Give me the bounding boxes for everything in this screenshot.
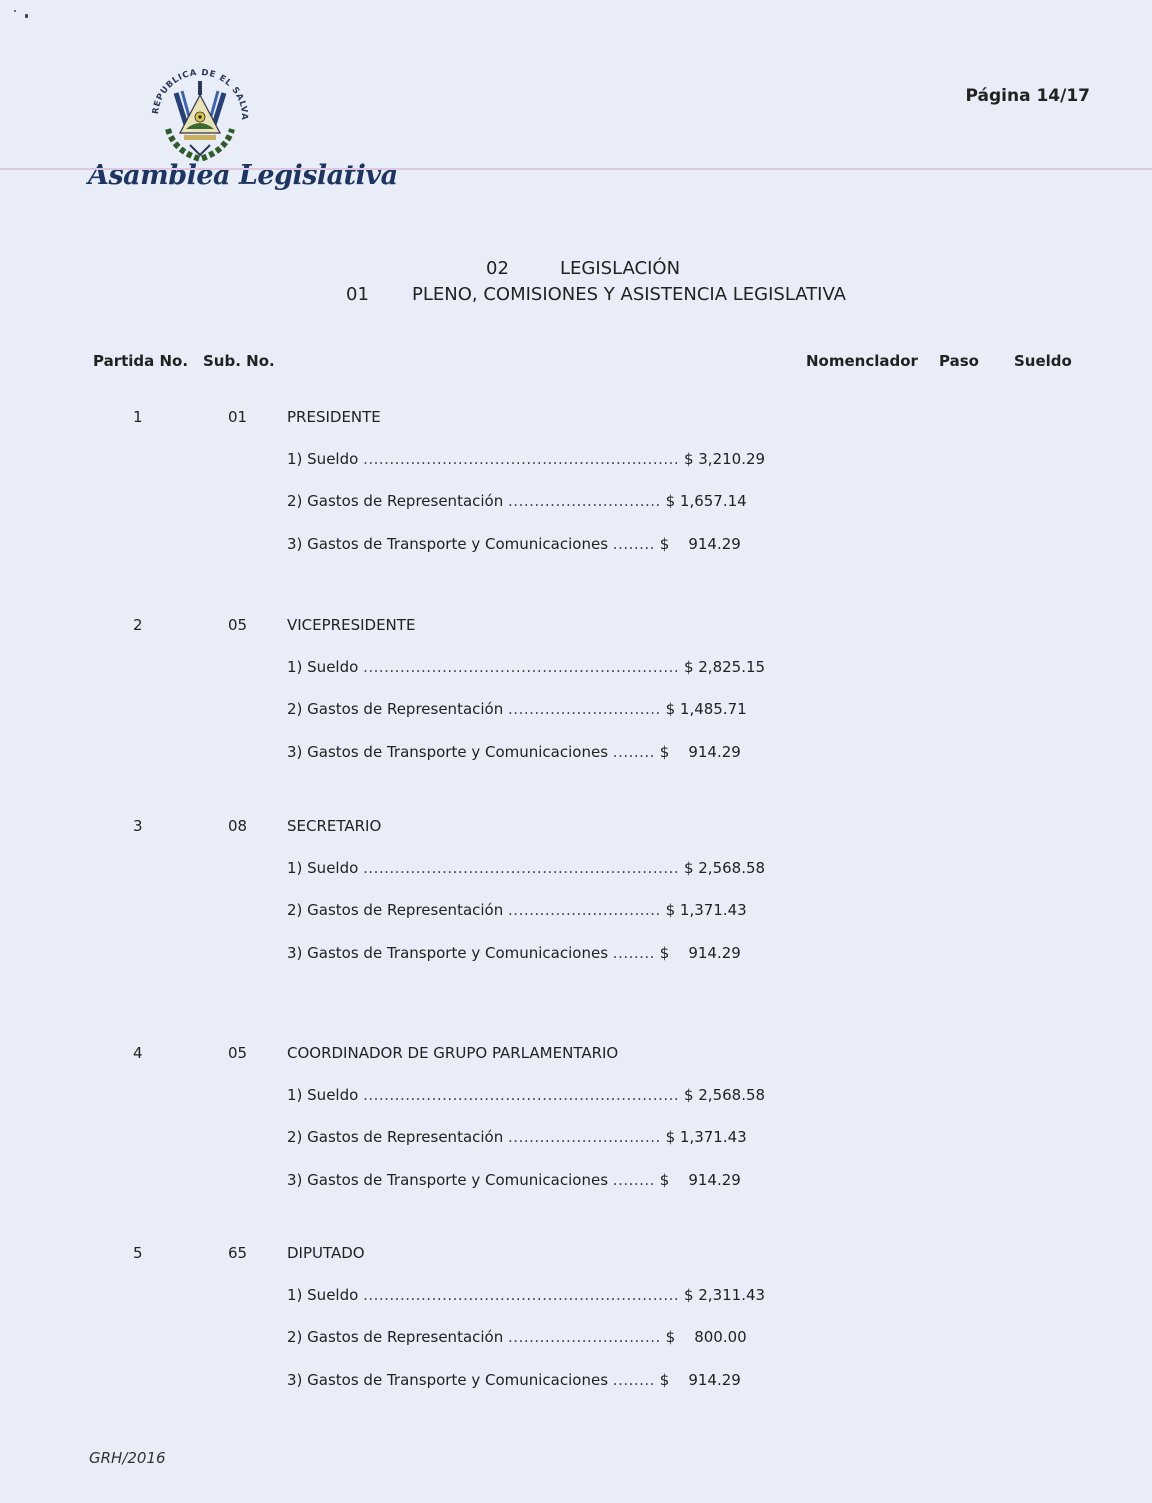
dot-leader: ........ xyxy=(613,1171,655,1189)
line-item-amount: $ 3,210.29 xyxy=(684,450,765,468)
partida-number: 1 xyxy=(133,408,143,426)
line-item-label: 1) Sueldo xyxy=(287,859,358,877)
sub-number: 05 xyxy=(228,616,247,634)
line-item: 2) Gastos de Representación ............… xyxy=(287,1128,747,1146)
line-item-label: 3) Gastos de Transporte y Comunicaciones xyxy=(287,944,608,962)
partida-number: 4 xyxy=(133,1044,143,1062)
line-item-label: 2) Gastos de Representación xyxy=(287,901,503,919)
line-item-amount: $ 2,825.15 xyxy=(684,658,765,676)
sub-number: 08 xyxy=(228,817,247,835)
partida-number: 5 xyxy=(133,1244,143,1262)
line-item-label: 3) Gastos de Transporte y Comunicaciones xyxy=(287,1371,608,1389)
line-item-label: 3) Gastos de Transporte y Comunicaciones xyxy=(287,535,608,553)
column-header-partida: Partida No. xyxy=(93,352,188,370)
line-item-label: 1) Sueldo xyxy=(287,1286,358,1304)
line-item: 2) Gastos de Representación ............… xyxy=(287,901,747,919)
dot-leader: ............................. xyxy=(508,492,661,510)
line-item-amount: $ 914.29 xyxy=(660,743,741,761)
line-item: 3) Gastos de Transporte y Comunicaciones… xyxy=(287,944,741,962)
line-item-label: 1) Sueldo xyxy=(287,450,358,468)
scan-speck xyxy=(25,14,28,18)
line-item: 2) Gastos de Representación ............… xyxy=(287,1328,747,1346)
line-item-amount: $ 2,568.58 xyxy=(684,1086,765,1104)
position-title: PRESIDENTE xyxy=(287,408,381,426)
line-item-label: 3) Gastos de Transporte y Comunicaciones xyxy=(287,743,608,761)
position-title: COORDINADOR DE GRUPO PARLAMENTARIO xyxy=(287,1044,618,1062)
sub-number: 05 xyxy=(228,1044,247,1062)
line-item-amount: $ 1,657.14 xyxy=(666,492,747,510)
line-item-label: 2) Gastos de Representación xyxy=(287,492,503,510)
line-item: 2) Gastos de Representación ............… xyxy=(287,492,747,510)
brand-wordmark: Asamblea Legislativa xyxy=(88,160,398,191)
document-page: REPUBLICA DE EL SALVADOR EN LA AMERICA C… xyxy=(0,0,1152,1503)
line-item: 1) Sueldo ..............................… xyxy=(287,658,765,676)
dot-leader: ............................. xyxy=(508,901,661,919)
coat-of-arms-seal-icon: REPUBLICA DE EL SALVADOR EN LA AMERICA C… xyxy=(140,55,260,173)
position-title: DIPUTADO xyxy=(287,1244,365,1262)
partida-number: 2 xyxy=(133,616,143,634)
header-divider xyxy=(0,168,1152,170)
dot-leader: ............................. xyxy=(508,1328,661,1346)
line-item-amount: $ 914.29 xyxy=(660,1171,741,1189)
line-item-amount: $ 914.29 xyxy=(660,1371,741,1389)
line-item-amount: $ 1,371.43 xyxy=(666,901,747,919)
column-header-paso: Paso xyxy=(939,352,979,370)
dot-leader: ........................................… xyxy=(363,859,679,877)
line-item: 3) Gastos de Transporte y Comunicaciones… xyxy=(287,1171,741,1189)
position-title: SECRETARIO xyxy=(287,817,381,835)
line-item: 1) Sueldo ..............................… xyxy=(287,859,765,877)
dot-leader: ........................................… xyxy=(363,450,679,468)
line-item: 1) Sueldo ..............................… xyxy=(287,1286,765,1304)
section-code: 02 xyxy=(486,258,509,279)
partida-number: 3 xyxy=(133,817,143,835)
line-item-label: 2) Gastos de Representación xyxy=(287,1128,503,1146)
page-number: Página 14/17 xyxy=(966,86,1091,106)
line-item-amount: $ 2,568.58 xyxy=(684,859,765,877)
subsection-code: 01 xyxy=(346,284,369,305)
sub-number: 01 xyxy=(228,408,247,426)
line-item: 3) Gastos de Transporte y Comunicaciones… xyxy=(287,1371,741,1389)
line-item-label: 1) Sueldo xyxy=(287,1086,358,1104)
dot-leader: ........................................… xyxy=(363,1286,679,1304)
line-item-label: 2) Gastos de Representación xyxy=(287,700,503,718)
line-item: 3) Gastos de Transporte y Comunicaciones… xyxy=(287,743,741,761)
footer-code: GRH/2016 xyxy=(89,1449,166,1467)
line-item-amount: $ 914.29 xyxy=(660,535,741,553)
line-item-amount: $ 2,311.43 xyxy=(684,1286,765,1304)
line-item-amount: $ 914.29 xyxy=(660,944,741,962)
line-item-amount: $ 1,485.71 xyxy=(666,700,747,718)
dot-leader: ........................................… xyxy=(363,658,679,676)
dot-leader: ........................................… xyxy=(363,1086,679,1104)
column-header-nomenclador: Nomenclador xyxy=(806,352,918,370)
dot-leader: ........ xyxy=(613,535,655,553)
subsection-name: PLENO, COMISIONES Y ASISTENCIA LEGISLATI… xyxy=(412,284,846,305)
dot-leader: ........ xyxy=(613,743,655,761)
position-title: VICEPRESIDENTE xyxy=(287,616,415,634)
column-header-sueldo: Sueldo xyxy=(1014,352,1072,370)
dot-leader: ............................. xyxy=(508,1128,661,1146)
line-item: 2) Gastos de Representación ............… xyxy=(287,700,747,718)
dot-leader: ............................. xyxy=(508,700,661,718)
line-item-amount: $ 800.00 xyxy=(666,1328,747,1346)
line-item: 1) Sueldo ..............................… xyxy=(287,1086,765,1104)
column-header-sub: Sub. No. xyxy=(203,352,275,370)
line-item: 3) Gastos de Transporte y Comunicaciones… xyxy=(287,535,741,553)
section-name: LEGISLACIÓN xyxy=(560,258,680,279)
line-item-amount: $ 1,371.43 xyxy=(666,1128,747,1146)
line-item-label: 3) Gastos de Transporte y Comunicaciones xyxy=(287,1171,608,1189)
line-item-label: 1) Sueldo xyxy=(287,658,358,676)
dot-leader: ........ xyxy=(613,1371,655,1389)
scan-speck xyxy=(14,10,16,12)
dot-leader: ........ xyxy=(613,944,655,962)
line-item-label: 2) Gastos de Representación xyxy=(287,1328,503,1346)
line-item: 1) Sueldo ..............................… xyxy=(287,450,765,468)
sub-number: 65 xyxy=(228,1244,247,1262)
